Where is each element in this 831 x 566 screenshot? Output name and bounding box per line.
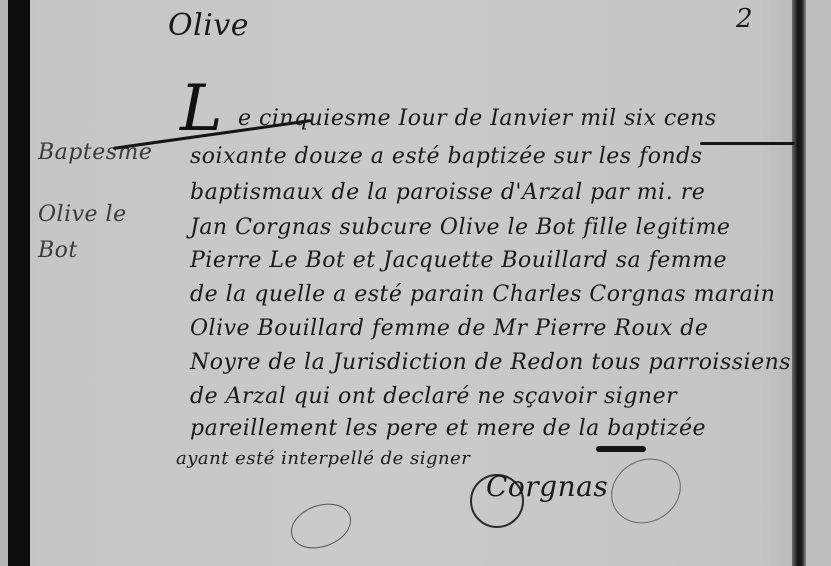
text-line-1: e cinquiesme Iour de Ianvier mil six cen… [238, 106, 717, 131]
binding-shadow-left [8, 0, 30, 566]
text-line-6: de la quelle a esté parain Charles Corgn… [190, 282, 775, 307]
header-word: Olive [168, 8, 249, 43]
text-line-8: Noyre de la Jurisdiction de Redon tous p… [190, 350, 791, 375]
closing-dash [596, 446, 646, 452]
text-line-3: baptismaux de la paroisse d'Arzal par mi… [190, 180, 705, 205]
page-edge-left [0, 0, 8, 566]
text-line-2: soixante douze a esté baptizée sur les f… [190, 144, 703, 169]
text-line-11: ayant esté interpellé de signer [176, 448, 470, 469]
margin-note-line-3: Bot [38, 238, 78, 263]
text-line-9: de Arzal qui ont declaré ne sçavoir sign… [190, 384, 677, 409]
text-line-5: Pierre Le Bot et Jacquette Bouillard sa … [190, 248, 727, 273]
margin-note-line-2: Olive le [38, 202, 127, 227]
text-line-10: pareillement les pere et mere de la bapt… [190, 416, 706, 441]
page-edge-right [806, 0, 831, 566]
signature-corgnas: Corgnas [486, 470, 608, 503]
signature-flourish-right [599, 446, 692, 536]
line-end-stroke [700, 142, 795, 145]
page-number: 2 [736, 4, 753, 34]
signature-flourish-faint [285, 496, 358, 557]
text-line-7: Olive Bouillard femme de Mr Pierre Roux … [190, 316, 708, 341]
text-line-4: Jan Corgnas subcure Olive le Bot fille l… [190, 215, 730, 240]
scanned-register-page: Olive 2 Baptesme Olive le Bot L e cinqui… [0, 0, 831, 566]
decorated-initial: L [180, 72, 223, 146]
binding-shadow-right [792, 0, 806, 566]
